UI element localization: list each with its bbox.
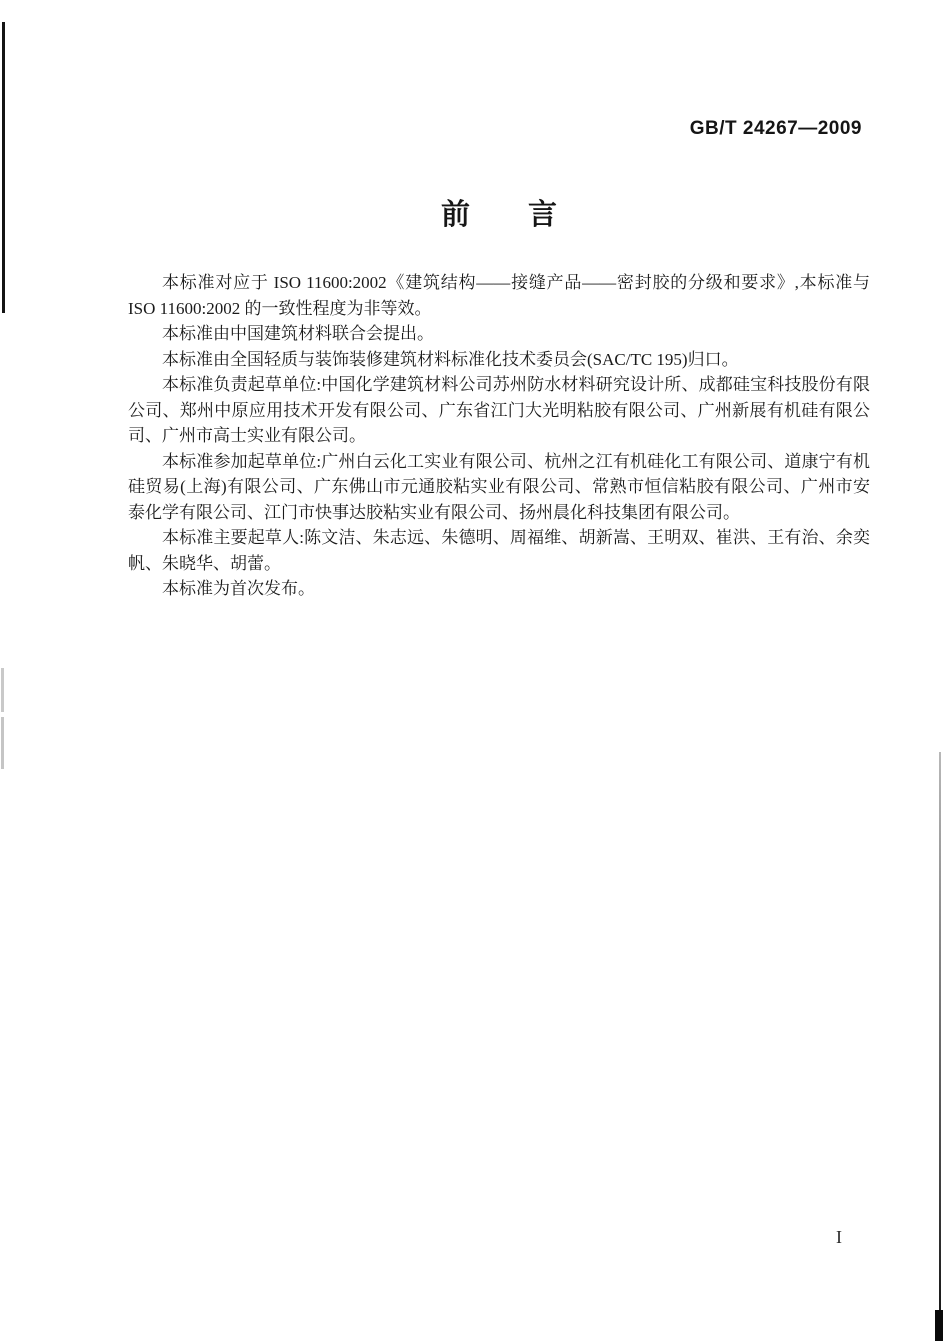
paragraph-correspondence: 本标准对应于 ISO 11600:2002《建筑结构——接缝产品——密封胶的分级… <box>128 270 870 321</box>
paragraph-proposed-by: 本标准由中国建筑材料联合会提出。 <box>128 321 870 347</box>
scan-artifact-right-bottom-blob <box>935 1310 943 1341</box>
paragraph-main-drafters: 本标准主要起草人:陈文洁、朱志远、朱德明、周福维、胡新嵩、王明双、崔洪、王有治、… <box>128 525 870 576</box>
scan-artifact-left-top-line <box>2 22 5 313</box>
scan-artifact-left-middle-line-2 <box>1 717 4 769</box>
standard-number: GB/T 24267—2009 <box>0 118 862 140</box>
page-number: I <box>836 1227 842 1248</box>
foreword-body: 本标准对应于 ISO 11600:2002《建筑结构——接缝产品——密封胶的分级… <box>128 270 870 602</box>
document-page: GB/T 24267—2009 前 言 本标准对应于 ISO 11600:200… <box>0 0 950 1341</box>
page-title: 前 言 <box>128 192 870 233</box>
paragraph-first-issue: 本标准为首次发布。 <box>128 576 870 602</box>
paragraph-participating-units: 本标准参加起草单位:广州白云化工实业有限公司、杭州之江有机硅化工有限公司、道康宁… <box>128 449 870 526</box>
paragraph-chief-drafting-units: 本标准负责起草单位:中国化学建筑材料公司苏州防水材料研究设计所、成都硅宝科技股份… <box>128 372 870 449</box>
paragraph-committee: 本标准由全国轻质与装饰装修建筑材料标准化技术委员会(SAC/TC 195)归口。 <box>128 347 870 373</box>
scan-artifact-right-edge-line <box>939 752 941 1341</box>
scan-artifact-left-middle-line-1 <box>1 668 4 712</box>
